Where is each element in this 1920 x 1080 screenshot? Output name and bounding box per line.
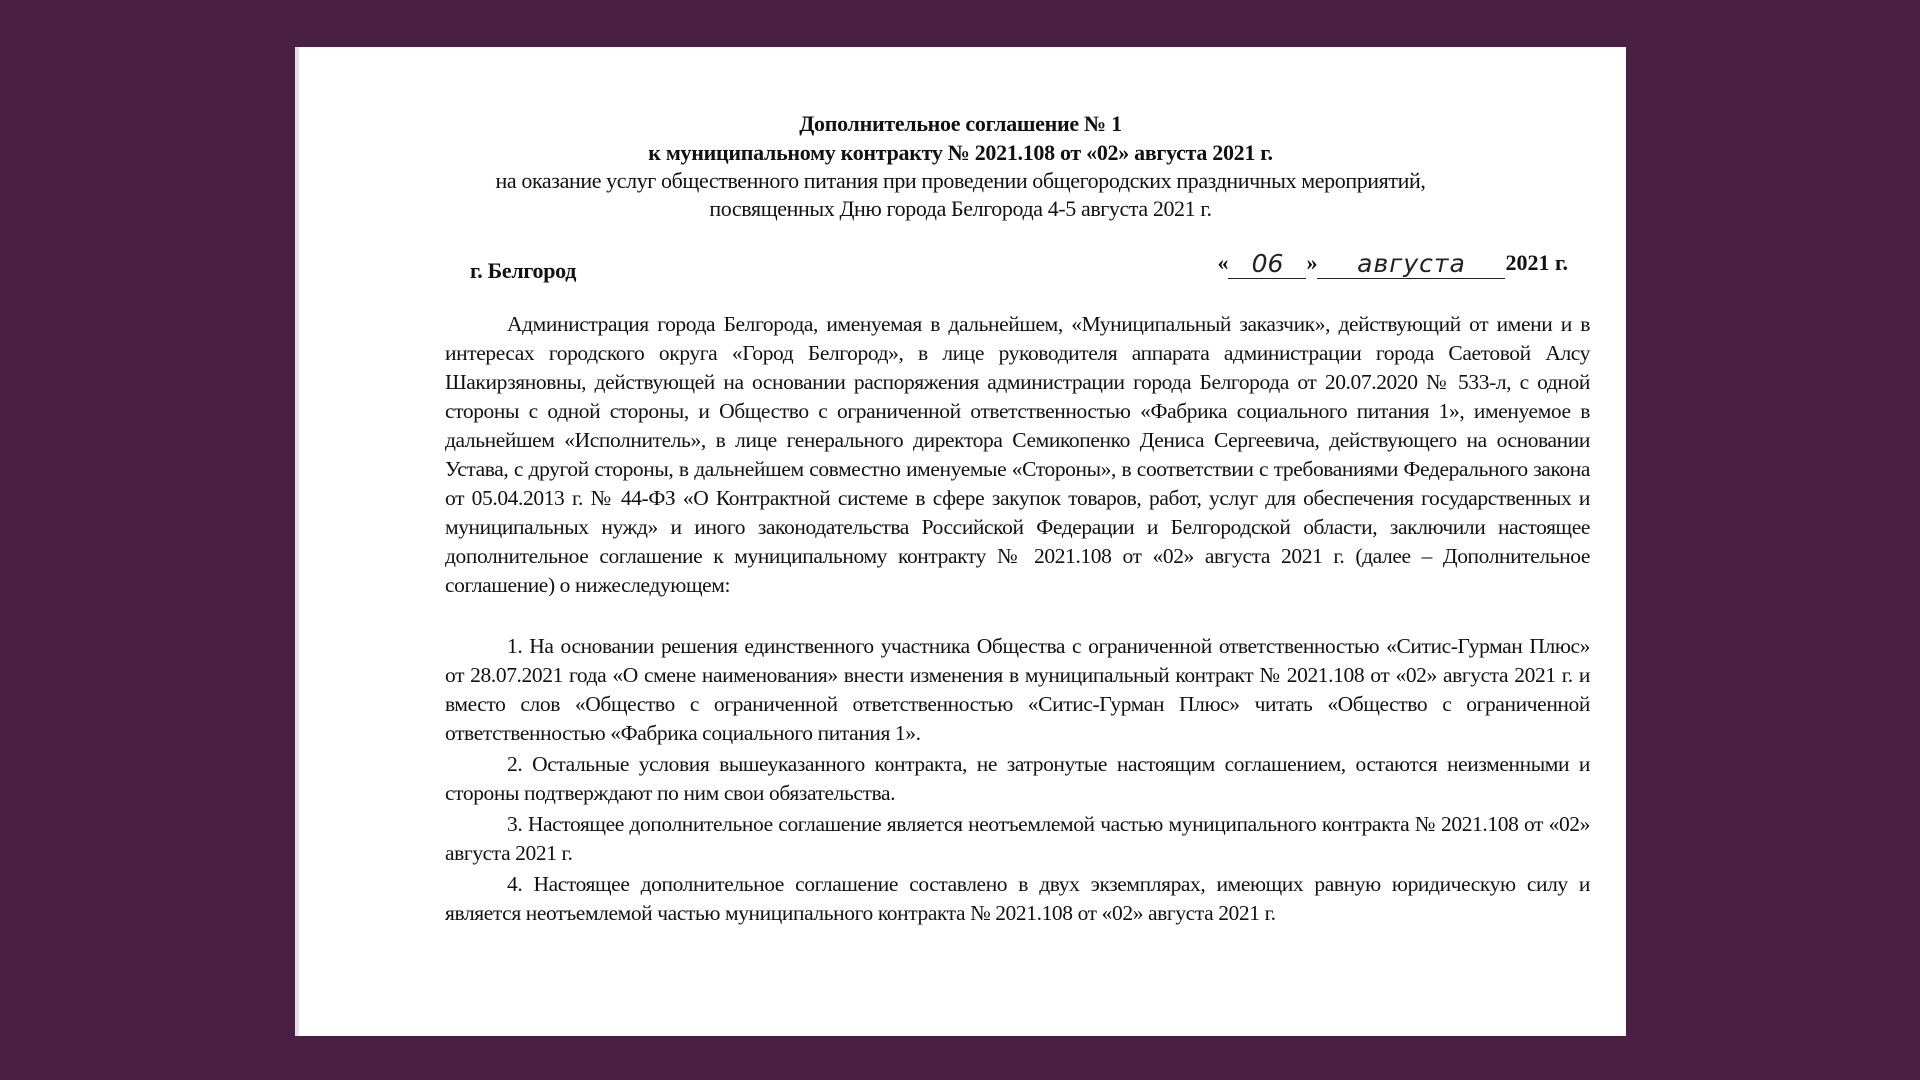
date-day-handwritten: 06 xyxy=(1228,250,1306,279)
date-close-quote: » xyxy=(1306,250,1317,279)
date-open-quote: « xyxy=(1217,250,1228,279)
document-title: Дополнительное соглашение № 1 xyxy=(295,109,1626,138)
document-header: Дополнительное соглашение № 1 к муниципа… xyxy=(295,109,1626,223)
document-title-contract-ref: к муниципальному контракту № 2021.108 от… xyxy=(295,138,1626,167)
clause-1: 1. На основании решения единственного уч… xyxy=(445,632,1590,748)
document-body: Администрация города Белгорода, именуема… xyxy=(445,310,1590,930)
city-label: г. Белгород xyxy=(470,258,576,284)
date-month-handwritten: августа xyxy=(1317,250,1505,279)
intro-paragraph: Администрация города Белгорода, именуема… xyxy=(445,310,1590,600)
document-subtitle-line1: на оказание услуг общественного питания … xyxy=(295,167,1626,195)
document-page: Дополнительное соглашение № 1 к муниципа… xyxy=(295,47,1626,1036)
signing-date: « 06 » августа 2021 г. xyxy=(1217,250,1568,279)
clause-3: 3. Настоящее дополнительное соглашение я… xyxy=(445,810,1590,868)
place-and-date: г. Белгород « 06 » августа 2021 г. xyxy=(470,250,1568,290)
clause-4: 4. Настоящее дополнительное соглашение с… xyxy=(445,870,1590,928)
clause-2: 2. Остальные условия вышеуказанного конт… xyxy=(445,750,1590,808)
document-subtitle-line2: посвященных Дню города Белгорода 4-5 авг… xyxy=(295,195,1626,223)
date-year: 2021 г. xyxy=(1505,250,1568,279)
